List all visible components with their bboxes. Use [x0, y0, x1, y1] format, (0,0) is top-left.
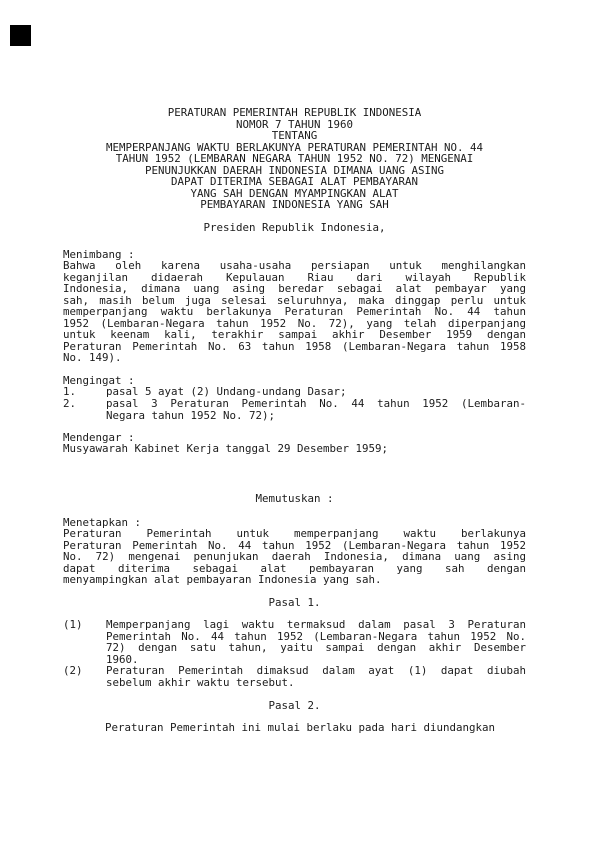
list-item-line: sebelum akhir waktu tersebut. [106, 677, 526, 689]
section-heading: Pasal 1. [63, 597, 526, 609]
paragraph-line: Bahwa oleh karena usaha-usaha persiapan … [63, 260, 526, 272]
paragraph-line: memperpanjang waktu berlakunya Peraturan… [63, 306, 526, 318]
list-item-line: Peraturan Pemerintah dimaksud dalam ayat… [106, 665, 526, 677]
pasal-1-heading: Pasal 1. [63, 597, 526, 609]
salutation-text: Presiden Republik Indonesia, [63, 222, 526, 234]
list-number: (1) [63, 619, 106, 631]
title-line: PEMBAYARAN INDONESIA YANG SAH [63, 199, 526, 211]
list-item-line: 72) dengan satu tahun, yaitu sampai deng… [106, 642, 526, 654]
paragraph-line: Peraturan Pemerintah No. 63 tahun 1958 (… [63, 341, 526, 353]
mengingat-item-1: 1. pasal 5 ayat (2) Undang-undang Dasar; [63, 386, 526, 398]
section-heading: Pasal 2. [63, 700, 526, 712]
menimbang-paragraph: Bahwa oleh karena usaha-usaha persiapan … [63, 260, 526, 364]
list-number: 1. [63, 386, 106, 398]
title-line: TAHUN 1952 (LEMBARAN NEGARA TAHUN 1952 N… [63, 153, 526, 165]
document-page: PERATURAN PEMERINTAH REPUBLIK INDONESIA … [0, 0, 595, 842]
menetapkan-paragraph: Peraturan Pemerintah untuk memperpanjang… [63, 528, 526, 586]
pasal-1-item-2: (2) Peraturan Pemerintah dimaksud dalam … [63, 665, 526, 688]
paragraph-line: No. 149). [63, 352, 526, 364]
paragraph-line: Peraturan Pemerintah untuk memperpanjang… [63, 528, 526, 540]
scan-corner-mark [10, 25, 31, 46]
salutation: Presiden Republik Indonesia, [63, 222, 526, 234]
paragraph-line: Musyawarah Kabinet Kerja tanggal 29 Dese… [63, 443, 526, 455]
document-title: PERATURAN PEMERINTAH REPUBLIK INDONESIA … [63, 107, 526, 211]
mengingat-item-2: 2. pasal 3 Peraturan Pemerintah No. 44 t… [63, 398, 526, 421]
list-item-line: Memperpanjang lagi waktu termaksud dalam… [106, 619, 526, 631]
title-line: PERATURAN PEMERINTAH REPUBLIK INDONESIA [63, 107, 526, 119]
memutuskan-heading: Memutuskan : [63, 493, 526, 505]
list-number: 2. [63, 398, 106, 410]
paragraph-line: menyampingkan alat pembayaran Indonesia … [63, 574, 526, 586]
paragraph-line: Indonesia, dimana uang asing beredar seb… [63, 283, 526, 295]
pasal-2-paragraph: Peraturan Pemerintah ini mulai berlaku p… [63, 722, 526, 734]
title-line: TENTANG [63, 130, 526, 142]
paragraph-line: untuk keenam kali, terakhir sampai akhir… [63, 329, 526, 341]
paragraph-line: No. 72) mengenai penunjukan daerah Indon… [63, 551, 526, 563]
paragraph-line: Peraturan Pemerintah ini mulai berlaku p… [63, 722, 526, 734]
mendengar-paragraph: Musyawarah Kabinet Kerja tanggal 29 Dese… [63, 443, 526, 455]
pasal-1-item-1: (1) Memperpanjang lagi waktu termaksud d… [63, 619, 526, 665]
list-item-line: pasal 5 ayat (2) Undang-undang Dasar; [106, 386, 526, 398]
list-item-line: pasal 3 Peraturan Pemerintah No. 44 tahu… [106, 398, 526, 410]
list-item-line: Negara tahun 1952 No. 72); [106, 410, 526, 422]
list-number: (2) [63, 665, 106, 677]
section-heading: Memutuskan : [63, 493, 526, 505]
title-line: DAPAT DITERIMA SEBAGAI ALAT PEMBAYARAN [63, 176, 526, 188]
pasal-2-heading: Pasal 2. [63, 700, 526, 712]
